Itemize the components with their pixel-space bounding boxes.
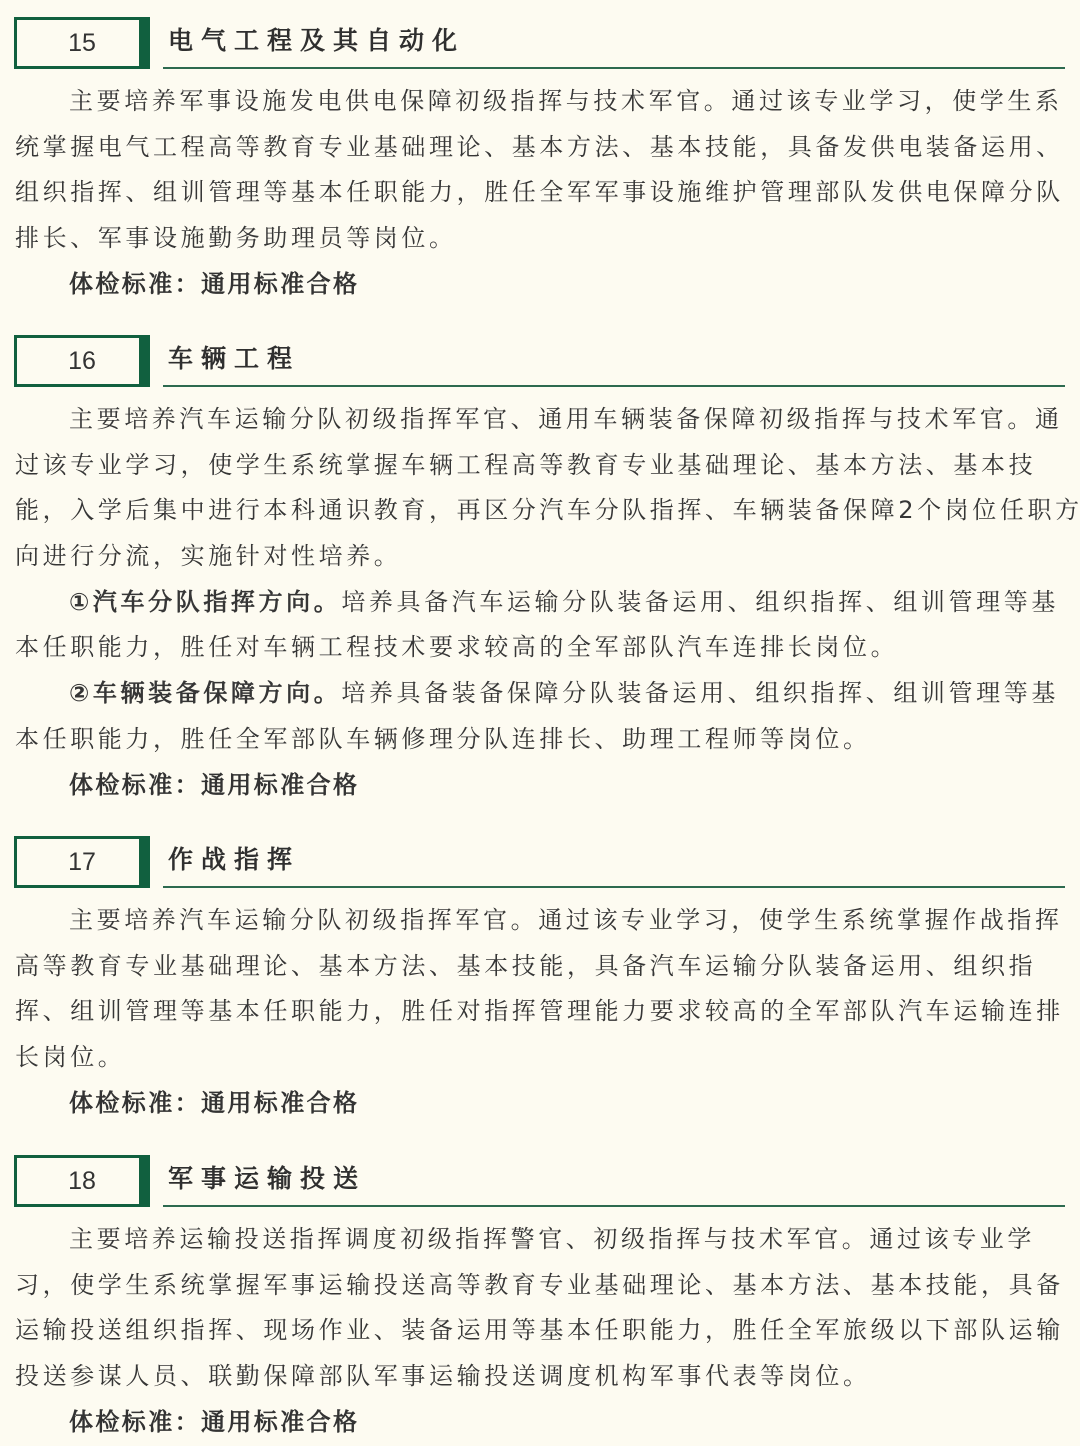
- section-title: 车辆工程: [168, 341, 300, 377]
- body-line: 主要培养运输投送指挥调度初级指挥警官、初级指挥与技术军官。通过该专业学: [15, 1217, 1075, 1263]
- body-line: 投送参谋人员、联勤保障部队军事运输投送调度机构军事代表等岗位。: [15, 1354, 1075, 1400]
- section-number: 17: [60, 848, 96, 877]
- section-header: 17 作战指挥: [0, 836, 1080, 888]
- body-line: 主要培养汽车运输分队初级指挥军官。通过该专业学习，使学生系统掌握作战指挥: [15, 898, 1075, 944]
- body-line: 向进行分流，实施针对性培养。: [15, 534, 1075, 580]
- body-line: 主要培养汽车运输分队初级指挥军官、通用车辆装备保障初级指挥与技术军官。通: [15, 397, 1075, 443]
- section-header: 15 电气工程及其自动化: [0, 17, 1080, 69]
- direction-2-line: ②车辆装备保障方向。培养具备装备保障分队装备运用、组织指挥、组训管理等基: [15, 671, 1075, 717]
- section-number-box: 17: [14, 836, 150, 888]
- document-page: 15 电气工程及其自动化 主要培养军事设施发电供电保障初级指挥与技术军官。通过该…: [0, 0, 1080, 1446]
- section-body: 主要培养运输投送指挥调度初级指挥警官、初级指挥与技术军官。通过该专业学 习，使学…: [0, 1217, 1075, 1445]
- body-line: 主要培养军事设施发电供电保障初级指挥与技术军官。通过该专业学习，使学生系: [15, 79, 1075, 125]
- section-15: 15 电气工程及其自动化 主要培养军事设施发电供电保障初级指挥与技术军官。通过该…: [0, 17, 1080, 307]
- section-header: 16 车辆工程: [0, 335, 1080, 387]
- body-line: 过该专业学习，使学生系统掌握车辆工程高等教育专业基础理论、基本方法、基本技: [15, 443, 1075, 489]
- direction-2-label: ②车辆装备保障方向。: [69, 679, 341, 707]
- body-line: 统掌握电气工程高等教育专业基础理论、基本方法、基本技能，具备发供电装备运用、: [15, 125, 1075, 171]
- body-line: 高等教育专业基础理论、基本方法、基本技能，具备汽车运输分队装备运用、组织指: [15, 944, 1075, 990]
- body-line: 本任职能力，胜任对车辆工程技术要求较高的全军部队汽车连排长岗位。: [15, 625, 1075, 671]
- body-line: 长岗位。: [15, 1035, 1075, 1081]
- section-number-box: 18: [14, 1155, 150, 1207]
- section-number: 16: [60, 347, 96, 376]
- section-number-box: 15: [14, 17, 150, 69]
- physical-exam-standard: 体检标准：通用标准合格: [15, 1400, 1075, 1446]
- body-line: 组织指挥、组训管理等基本任职能力，胜任全军军事设施维护管理部队发供电保障分队: [15, 170, 1075, 216]
- physical-exam-standard: 体检标准：通用标准合格: [15, 1081, 1075, 1127]
- section-number: 18: [60, 1167, 96, 1196]
- body-line: 运输投送组织指挥、现场作业、装备运用等基本任职能力，胜任全军旅级以下部队运输: [15, 1308, 1075, 1354]
- title-underline: [163, 385, 1065, 387]
- direction-2-text: 培养具备装备保障分队装备运用、组织指挥、组训管理等基: [341, 679, 1059, 707]
- direction-1-label: ①汽车分队指挥方向。: [69, 588, 341, 616]
- section-body: 主要培养汽车运输分队初级指挥军官。通过该专业学习，使学生系统掌握作战指挥 高等教…: [0, 898, 1075, 1126]
- title-underline: [163, 886, 1065, 888]
- section-body: 主要培养军事设施发电供电保障初级指挥与技术军官。通过该专业学习，使学生系 统掌握…: [0, 79, 1075, 307]
- physical-exam-standard: 体检标准：通用标准合格: [15, 763, 1075, 809]
- direction-1-text: 培养具备汽车运输分队装备运用、组织指挥、组训管理等基: [341, 588, 1059, 616]
- physical-exam-standard: 体检标准：通用标准合格: [15, 262, 1075, 308]
- body-line: 排长、军事设施勤务助理员等岗位。: [15, 216, 1075, 262]
- body-line: 能，入学后集中进行本科通识教育，再区分汽车分队指挥、车辆装备保障2个岗位任职方: [15, 488, 1075, 534]
- body-line: 挥、组训管理等基本任职能力，胜任对指挥管理能力要求较高的全军部队汽车运输连排: [15, 989, 1075, 1035]
- section-number: 15: [60, 29, 96, 58]
- body-line: 习，使学生系统掌握军事运输投送高等教育专业基础理论、基本方法、基本技能，具备: [15, 1263, 1075, 1309]
- section-body: 主要培养汽车运输分队初级指挥军官、通用车辆装备保障初级指挥与技术军官。通 过该专…: [0, 397, 1075, 808]
- title-underline: [163, 1205, 1065, 1207]
- section-title: 军事运输投送: [168, 1161, 366, 1197]
- title-underline: [163, 67, 1065, 69]
- section-title: 电气工程及其自动化: [168, 23, 465, 59]
- section-16: 16 车辆工程 主要培养汽车运输分队初级指挥军官、通用车辆装备保障初级指挥与技术…: [0, 335, 1080, 808]
- section-header: 18 军事运输投送: [0, 1155, 1080, 1207]
- section-title: 作战指挥: [168, 842, 300, 878]
- direction-1-line: ①汽车分队指挥方向。培养具备汽车运输分队装备运用、组织指挥、组训管理等基: [15, 580, 1075, 626]
- section-number-box: 16: [14, 335, 150, 387]
- section-17: 17 作战指挥 主要培养汽车运输分队初级指挥军官。通过该专业学习，使学生系统掌握…: [0, 836, 1080, 1126]
- body-line: 本任职能力，胜任全军部队车辆修理分队连排长、助理工程师等岗位。: [15, 717, 1075, 763]
- section-18: 18 军事运输投送 主要培养运输投送指挥调度初级指挥警官、初级指挥与技术军官。通…: [0, 1155, 1080, 1445]
